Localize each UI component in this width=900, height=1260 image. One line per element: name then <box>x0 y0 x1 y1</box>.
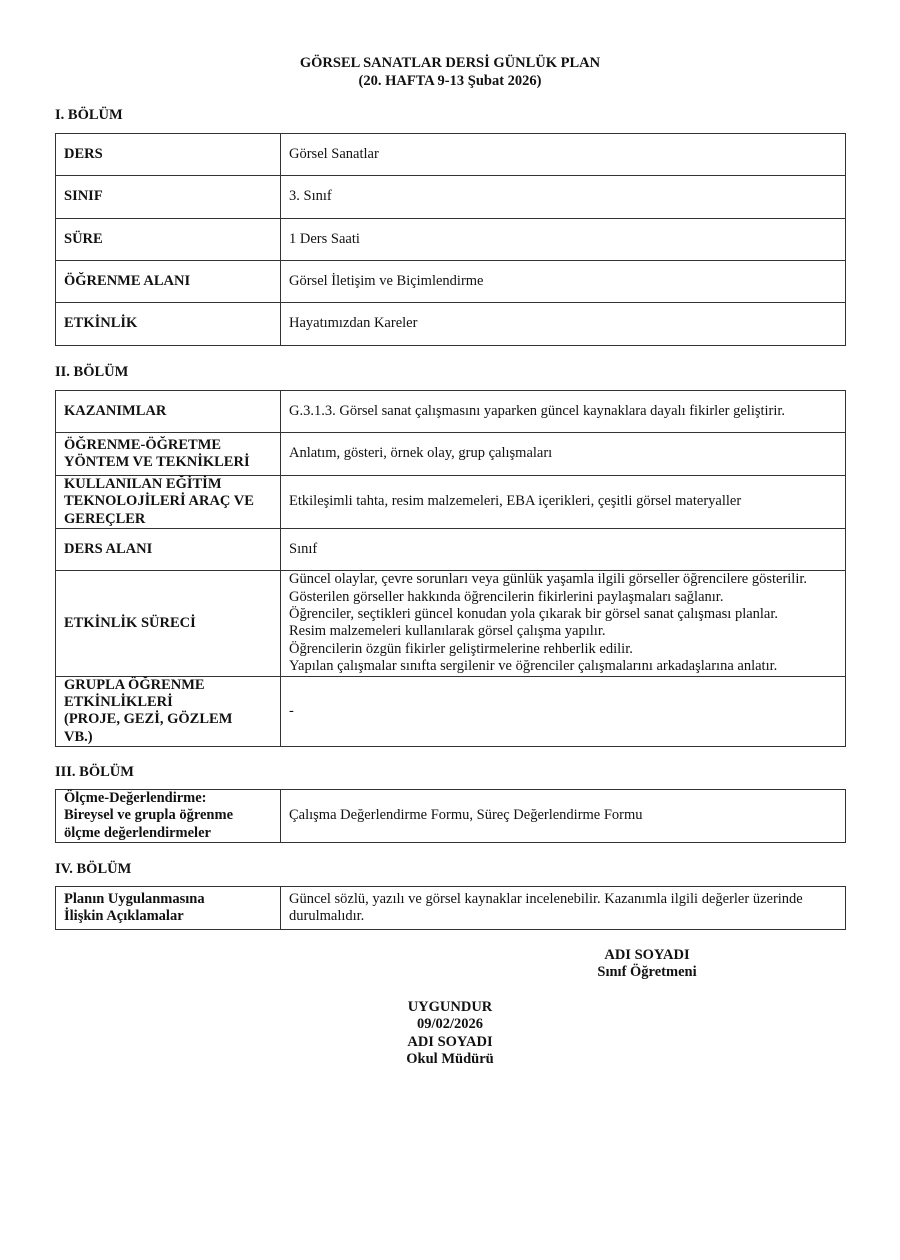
row-value: 3. Sınıf <box>281 176 846 219</box>
row-label: GRUPLA ÖĞRENME ETKİNLİKLERİ (PROJE, GEZİ… <box>56 676 281 747</box>
row-label: ÖĞRENME-ÖĞRETME YÖNTEM VE TEKNİKLERİ <box>56 433 281 476</box>
principal-name: ADI SOYADI <box>350 1034 550 1051</box>
label-line: GEREÇLER <box>64 511 272 528</box>
label-line: Ölçme-Değerlendirme: <box>64 790 272 807</box>
label-line: İlişkin Açıklamalar <box>64 908 272 925</box>
section-3-heading: III. BÖLÜM <box>55 763 134 781</box>
label-line: YÖNTEM VE TEKNİKLERİ <box>64 454 272 471</box>
row-label: ETKİNLİK <box>56 303 281 346</box>
row-label: KAZANIMLAR <box>56 391 281 433</box>
label-line: Bireysel ve grupla öğrenme <box>64 807 272 824</box>
label-line: ölçme değerlendirmeler <box>64 825 272 842</box>
table-row: ÖĞRENME ALANI Görsel İletişim ve Biçimle… <box>56 261 846 303</box>
row-value: Hayatımızdan Kareler <box>281 303 846 346</box>
process-step: Güncel olaylar, çevre sorunları veya gün… <box>289 571 837 588</box>
process-step: Resim malzemeleri kullanılarak görsel ça… <box>289 623 837 640</box>
label-line: VB.) <box>64 729 272 746</box>
table-row: Planın Uygulanmasına İlişkin Açıklamalar… <box>56 887 846 930</box>
row-label: KULLANILAN EĞİTİM TEKNOLOJİLERİ ARAÇ VE … <box>56 476 281 529</box>
principal-signature: UYGUNDUR 09/02/2026 ADI SOYADI Okul Müdü… <box>350 999 550 1069</box>
row-value: 1 Ders Saati <box>281 219 846 261</box>
label-line: GRUPLA ÖĞRENME <box>64 677 272 694</box>
table-row: SÜRE 1 Ders Saati <box>56 219 846 261</box>
table-row: DERS ALANI Sınıf <box>56 529 846 571</box>
section-1-heading: I. BÖLÜM <box>55 106 123 124</box>
row-value: G.3.1.3. Görsel sanat çalışmasını yapark… <box>281 391 846 433</box>
approval-text: UYGUNDUR <box>350 999 550 1016</box>
process-step: Gösterilen görseller hakkında öğrenciler… <box>289 589 837 606</box>
label-line: TEKNOLOJİLERİ ARAÇ VE <box>64 493 272 510</box>
row-value: Güncel olaylar, çevre sorunları veya gün… <box>281 571 846 676</box>
label-line: KULLANILAN EĞİTİM <box>64 476 272 493</box>
section-4-heading: IV. BÖLÜM <box>55 860 131 878</box>
row-value: Sınıf <box>281 529 846 571</box>
teacher-role: Sınıf Öğretmeni <box>547 964 747 981</box>
row-value: Güncel sözlü, yazılı ve görsel kaynaklar… <box>281 887 846 930</box>
label-line: ÖĞRENME-ÖĞRETME <box>64 437 272 454</box>
process-step: Öğrenciler, seçtikleri güncel konudan yo… <box>289 606 837 623</box>
plan-title: GÖRSEL SANATLAR DERSİ GÜNLÜK PLAN <box>0 54 900 72</box>
row-label: ÖĞRENME ALANI <box>56 261 281 303</box>
value-line: durulmalıdır. <box>289 908 837 925</box>
row-label: DERS <box>56 134 281 176</box>
table-row: KAZANIMLAR G.3.1.3. Görsel sanat çalışma… <box>56 391 846 433</box>
table-row: ETKİNLİK Hayatımızdan Kareler <box>56 303 846 346</box>
row-value: Çalışma Değerlendirme Formu, Süreç Değer… <box>281 790 846 843</box>
process-step: Öğrencilerin özgün fikirler geliştirmele… <box>289 641 837 658</box>
row-label: DERS ALANI <box>56 529 281 571</box>
section-2-heading: II. BÖLÜM <box>55 363 128 381</box>
section-1-table: DERS Görsel Sanatlar SINIF 3. Sınıf SÜRE… <box>55 133 846 346</box>
plan-week: (20. HAFTA 9-13 Şubat 2026) <box>0 72 900 90</box>
section-3-table: Ölçme-Değerlendirme: Bireysel ve grupla … <box>55 789 846 843</box>
label-line: Planın Uygulanmasına <box>64 891 272 908</box>
row-value: Görsel İletişim ve Biçimlendirme <box>281 261 846 303</box>
approval-date: 09/02/2026 <box>350 1016 550 1033</box>
row-label: Ölçme-Değerlendirme: Bireysel ve grupla … <box>56 790 281 843</box>
table-row: DERS Görsel Sanatlar <box>56 134 846 176</box>
label-line: (PROJE, GEZİ, GÖZLEM <box>64 711 272 728</box>
row-value: Görsel Sanatlar <box>281 134 846 176</box>
row-label: SINIF <box>56 176 281 219</box>
teacher-name: ADI SOYADI <box>547 947 747 964</box>
teacher-signature: ADI SOYADI Sınıf Öğretmeni <box>547 947 747 982</box>
table-row: ETKİNLİK SÜRECİ Güncel olaylar, çevre so… <box>56 571 846 676</box>
row-value: - <box>281 676 846 747</box>
section-2-table: KAZANIMLAR G.3.1.3. Görsel sanat çalışma… <box>55 390 846 747</box>
row-value: Anlatım, gösteri, örnek olay, grup çalış… <box>281 433 846 476</box>
process-step: Yapılan çalışmalar sınıfta sergilenir ve… <box>289 658 837 675</box>
table-row: SINIF 3. Sınıf <box>56 176 846 219</box>
principal-role: Okul Müdürü <box>350 1051 550 1068</box>
table-row: GRUPLA ÖĞRENME ETKİNLİKLERİ (PROJE, GEZİ… <box>56 676 846 747</box>
table-row: ÖĞRENME-ÖĞRETME YÖNTEM VE TEKNİKLERİ Anl… <box>56 433 846 476</box>
row-label: ETKİNLİK SÜRECİ <box>56 571 281 676</box>
row-value: Etkileşimli tahta, resim malzemeleri, EB… <box>281 476 846 529</box>
table-row: Ölçme-Değerlendirme: Bireysel ve grupla … <box>56 790 846 843</box>
section-4-table: Planın Uygulanmasına İlişkin Açıklamalar… <box>55 886 846 930</box>
document-title: GÖRSEL SANATLAR DERSİ GÜNLÜK PLAN (20. H… <box>0 54 900 90</box>
table-row: KULLANILAN EĞİTİM TEKNOLOJİLERİ ARAÇ VE … <box>56 476 846 529</box>
row-label: SÜRE <box>56 219 281 261</box>
label-line: ETKİNLİKLERİ <box>64 694 272 711</box>
value-line: Güncel sözlü, yazılı ve görsel kaynaklar… <box>289 891 837 908</box>
row-label: Planın Uygulanmasına İlişkin Açıklamalar <box>56 887 281 930</box>
